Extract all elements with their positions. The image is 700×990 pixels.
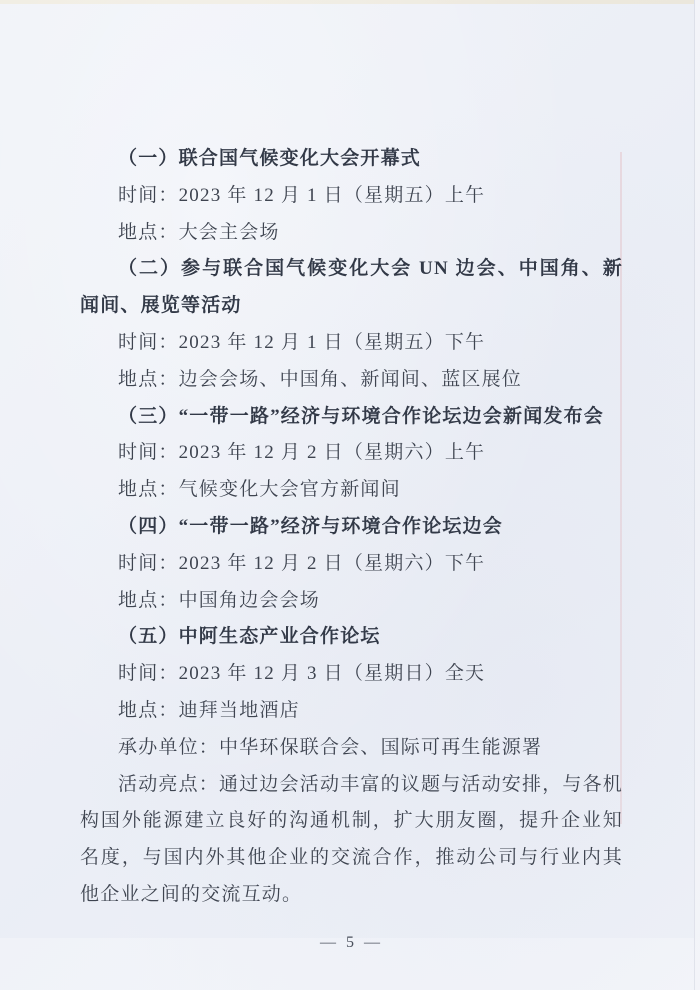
paper-right-edge [694, 0, 700, 990]
event-5-place: 地点：迪拜当地酒店 [80, 693, 623, 730]
event-4-time: 时间：2023 年 12 月 2 日（星期六）下午 [80, 546, 623, 583]
event-3-place: 地点：气候变化大会官方新闻间 [80, 472, 623, 509]
document-body: （一）联合国气候变化大会开幕式 时间：2023 年 12 月 1 日（星期五）上… [80, 141, 623, 962]
event-4-place: 地点：中国角边会会场 [80, 583, 623, 620]
event-5-time: 时间：2023 年 12 月 3 日（星期日）全天 [80, 656, 623, 693]
event-4-heading: （四）“一带一路”经济与环境合作论坛边会 [80, 509, 623, 546]
event-5-highlights: 活动亮点：通过边会活动丰富的议题与活动安排，与各机构国外能源建立良好的沟通机制，… [80, 767, 623, 914]
paper-top-edge [0, 0, 700, 4]
page-number: — 5 — [80, 925, 623, 962]
event-2-place: 地点：边会会场、中国角、新闻间、蓝区展位 [80, 362, 623, 399]
event-3-time: 时间：2023 年 12 月 2 日（星期六）上午 [80, 435, 623, 472]
event-1-place: 地点：大会主会场 [80, 215, 623, 252]
event-1-heading: （一）联合国气候变化大会开幕式 [80, 141, 623, 178]
event-5-heading: （五）中阿生态产业合作论坛 [80, 619, 623, 656]
event-5-organizer: 承办单位：中华环保联合会、国际可再生能源署 [80, 730, 623, 767]
event-2-time: 时间：2023 年 12 月 1 日（星期五）下午 [80, 325, 623, 362]
event-1-time: 时间：2023 年 12 月 1 日（星期五）上午 [80, 178, 623, 215]
event-3-heading: （三）“一带一路”经济与环境合作论坛边会新闻发布会 [80, 399, 623, 436]
event-2-heading: （二）参与联合国气候变化大会 UN 边会、中国角、新闻间、展览等活动 [80, 251, 623, 325]
